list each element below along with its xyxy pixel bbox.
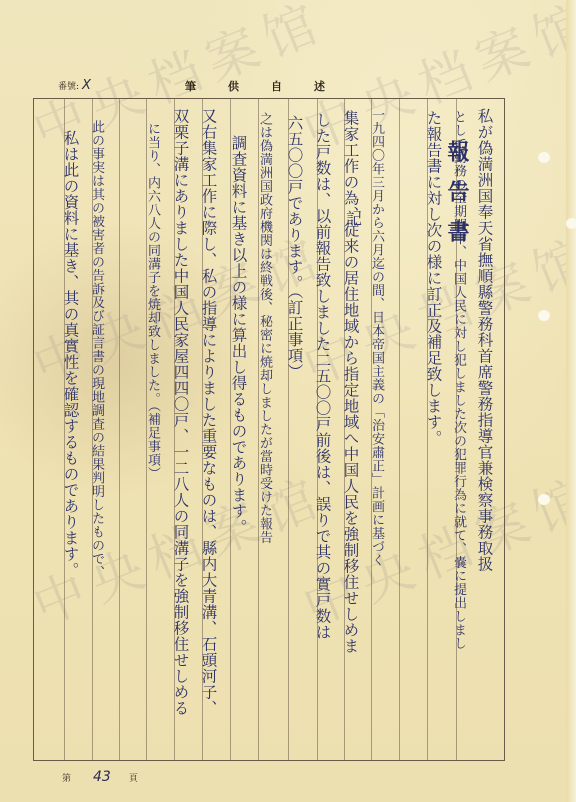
handwritten-column: 又右集家工作に際し、私の指導によりました重要なものは、縣内大青溝、石頭河子、 [200,108,216,716]
document-number-label: 番號: [58,79,79,92]
punch-hole [538,152,550,163]
handwritten-column: 私が偽満洲国奉天省撫順縣警務科首席警務指導官兼検察事務取扱 [476,108,492,572]
document-number-value: X [82,78,91,93]
handwritten-column: 六五〇〇戸であります。（訂正事項） [286,115,302,379]
paper-edge [566,0,576,802]
form-title: 筆 供 自 述 [185,78,325,94]
document-number: 番號: X [58,78,91,93]
handwritten-column: 之は偽満洲国政府機関は終戦後、秘密に焼却しましたが當時受けた報告 [258,112,271,544]
punch-hole [566,218,576,229]
handwritten-column: 双栗子溝にありました中国人民家屋四四〇戸、一二八人の同溝子を強制移住せしめる [172,108,188,716]
handwritten-column: 調査資料に基き以上の様に算出し得るものであります。 [230,135,246,535]
handwritten-column: として勤務の全期間中、中国人民に対し犯しました次の犯罪行為に就て、嚢に提出しまし [452,110,465,650]
page-number-value: 43 [93,769,111,785]
handwritten-column: た報告書に対し次の様に訂正及補足致します。 [425,110,441,446]
form-title-char: 述 [314,78,325,94]
handwritten-column: に当り、内六八人の同溝子を焼却致しました。（補足事項） [146,122,159,480]
handwritten-column: 私は此の資料に基き、其の真實性を確認するものであります。 [62,130,78,578]
handwritten-column: 集家工作の為、従来の居住地域から指定地域へ中国人民を強制移住せしめま [342,110,358,654]
punch-hole [538,494,550,505]
handwritten-column: 此の事実は其の被害者の告訴及び証言書の現地調査の結果判明したもので、 [90,120,103,579]
form-title-char: 供 [228,78,239,94]
page-number: 第 43 頁 [62,769,138,785]
form-title-char: 筆 [185,78,196,94]
handwritten-column: 一九四〇年三月から六月迄の間、日本帝国主義の「治安肅正」計画に基づく [370,108,383,567]
grid-column-line [119,99,120,760]
page-prefix: 第 [62,771,71,784]
grid-column-line [399,99,400,760]
handwritten-column: した戸数は、以前報告致しました二五〇〇戸前後は、誤りで其の實戸数は [314,112,330,640]
punch-hole [538,310,550,321]
page-suffix: 頁 [129,771,138,784]
form-title-char: 自 [271,78,282,94]
